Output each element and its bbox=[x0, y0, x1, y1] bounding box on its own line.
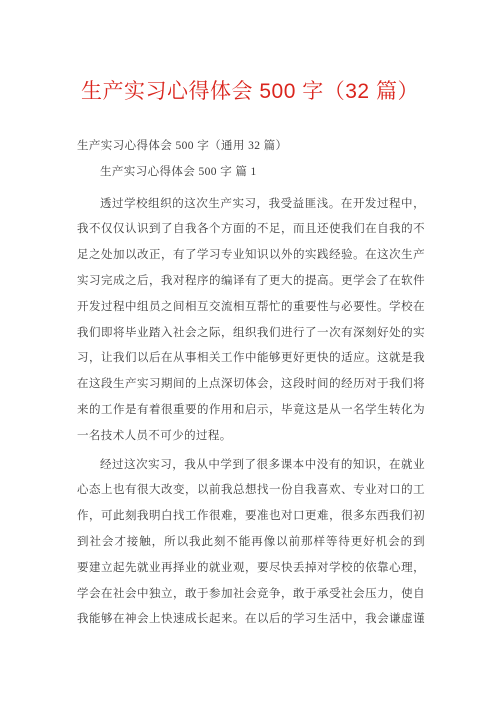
paragraph-line: 实习完成之后，我对程序的编译有了更大的提高。更学会了在软件 bbox=[77, 269, 425, 295]
paragraph-line: 到社会才接触，所以我此刻不能再像以前那样等待更好机会的到来， bbox=[77, 530, 425, 556]
paragraph-line: 足之处加以改正，有了学习专业知识以外的实践经验。在这次生产 bbox=[77, 243, 425, 269]
paragraph-line: 透过学校组织的这次生产实习，我受益匪浅。在开发过程中， bbox=[77, 192, 425, 218]
paragraphs-container: 透过学校组织的这次生产实习，我受益匪浅。在开发过程中，我不仅仅认识到了自我各个方… bbox=[77, 192, 425, 634]
paragraph-line: 一名技术人员不可少的过程。 bbox=[77, 424, 425, 450]
document-title: 生产实习心得体会 500 字（32 篇） bbox=[0, 0, 500, 106]
document-subtitle: 生产实习心得体会 500 字（通用 32 篇） bbox=[77, 134, 425, 160]
paragraph-line: 我不仅仅认识到了自我各个方面的不足，而且还使我们在自我的不 bbox=[77, 217, 425, 243]
paragraph-line: 作，可此刻我明白找工作很难，要准也对口更难，很多东西我们初 bbox=[77, 504, 425, 530]
paragraph-line: 我们即将毕业踏入社会之际，组织我们进行了一次有深刻好处的实 bbox=[77, 321, 425, 347]
paragraph: 透过学校组织的这次生产实习，我受益匪浅。在开发过程中，我不仅仅认识到了自我各个方… bbox=[77, 192, 425, 450]
paragraph-line: 在这段生产实习期间的上点深切体会，这段时间的经历对于我们将 bbox=[77, 372, 425, 398]
paragraph-line: 要建立起先就业再择业的就业观，要尽快丢掉对学校的依靠心理， bbox=[77, 556, 425, 582]
paragraph-line: 心态上也有很大改变，以前我总想找一份自我喜欢、专业对口的工 bbox=[77, 478, 425, 504]
paragraph-line: 学会在社会中独立，敢于参加社会竞争，敢于承受社会压力，使自 bbox=[77, 582, 425, 608]
paragraph-line: 我能够在神会上快速成长起来。在以后的学习生活中，我会谦虚谨 bbox=[77, 607, 425, 633]
paragraph-line: 经过这次实习，我从中学到了很多课本中没有的知识，在就业 bbox=[77, 453, 425, 479]
paragraph: 经过这次实习，我从中学到了很多课本中没有的知识，在就业心态上也有很大改变，以前我… bbox=[77, 453, 425, 634]
section-heading: 生产实习心得体会 500 字 篇 1 bbox=[77, 160, 425, 186]
paragraph-line: 习，让我们以后在从事相关工作中能够更好更快的适应。这就是我 bbox=[77, 346, 425, 372]
document-page: 生产实习心得体会 500 字（32 篇） 生产实习心得体会 500 字（通用 3… bbox=[0, 0, 500, 707]
paragraph-line: 开发过程中组员之间相互交流相互帮忙的重要性与必要性。学校在 bbox=[77, 295, 425, 321]
paragraph-line: 来的工作是有着很重要的作用和启示，毕竟这是从一名学生转化为 bbox=[77, 398, 425, 424]
document-body: 生产实习心得体会 500 字（通用 32 篇） 生产实习心得体会 500 字 篇… bbox=[0, 134, 500, 633]
